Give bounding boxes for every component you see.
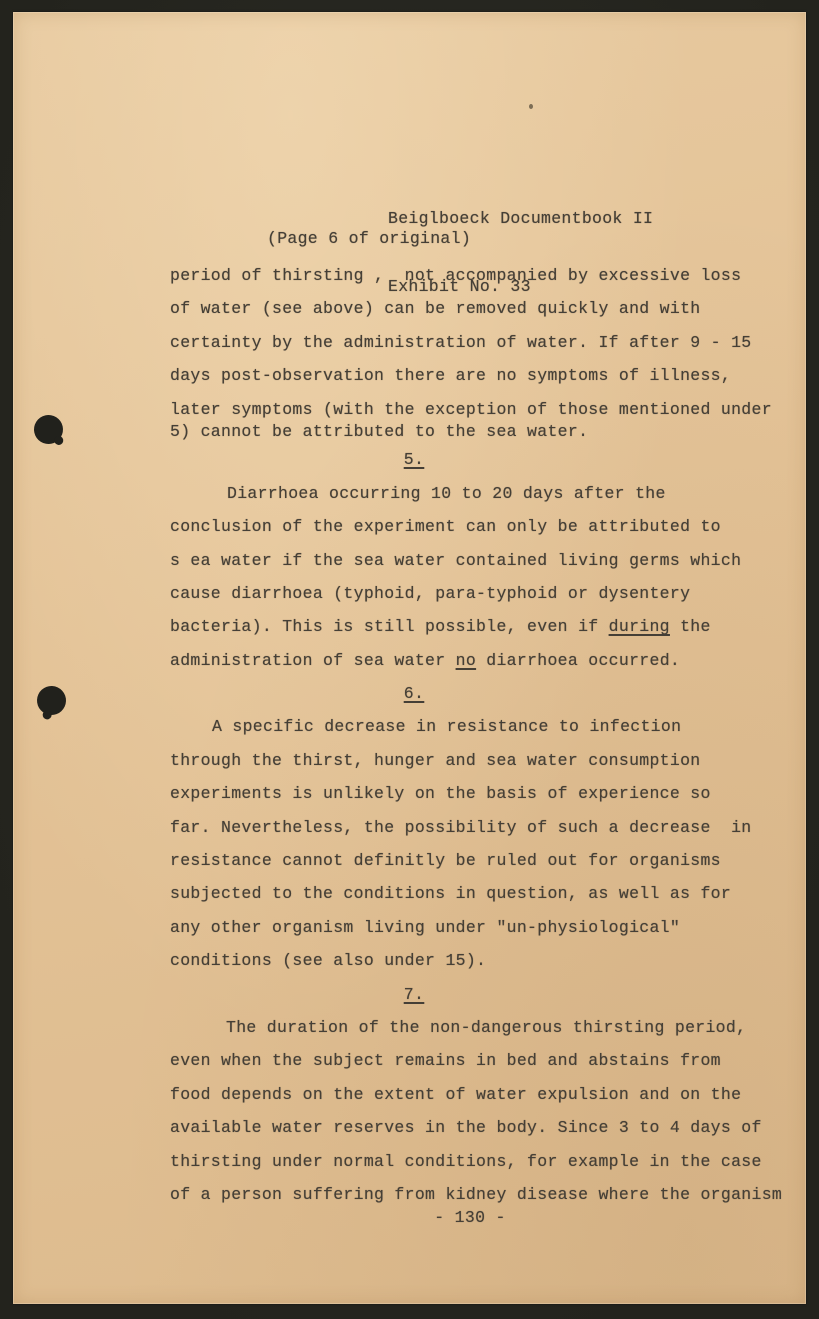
text-line: cause diarrhoea (typhoid, para-typhoid o…: [170, 577, 770, 610]
text-segment: even when the subject remains in bed and…: [170, 1051, 721, 1070]
text-line: conditions (see also under 15).: [170, 944, 770, 977]
text-segment: through the thirst, hunger and sea water…: [170, 751, 700, 770]
underlined-text: 6.: [404, 684, 424, 703]
text-line: administration of sea water no diarrhoea…: [170, 644, 770, 677]
text-line: A specific decrease in resistance to inf…: [170, 710, 770, 743]
text-segment: 5) cannot be attributed to the sea water…: [170, 422, 588, 441]
text-line: resistance cannot definitly be ruled out…: [170, 844, 770, 877]
text-line: days post-observation there are no sympt…: [170, 359, 770, 392]
text-line: any other organism living under "un-phys…: [170, 911, 770, 944]
text-line: Diarrhoea occurring 10 to 20 days after …: [170, 477, 770, 510]
document-page: Beiglboeck Documentbook II Exhibit No. 3…: [13, 12, 806, 1304]
scan-background: Beiglboeck Documentbook II Exhibit No. 3…: [0, 0, 819, 1319]
text-line: experiments is unlikely on the basis of …: [170, 777, 770, 810]
text-line: subjected to the conditions in question,…: [170, 877, 770, 910]
text-segment: certainty by the administration of water…: [170, 333, 752, 352]
text-segment: resistance cannot definitly be ruled out…: [170, 851, 721, 870]
text-segment: diarrhoea occurred.: [476, 651, 680, 670]
text-line: conclusion of the experiment can only be…: [170, 510, 770, 543]
text-segment: any other organism living under "un-phys…: [170, 918, 680, 937]
text-segment: subjected to the conditions in question,…: [170, 884, 731, 903]
underlined-text: 7.: [404, 985, 424, 1004]
text-segment: period of thirsting , not accompanied by…: [170, 266, 741, 285]
ink-speck: [529, 104, 533, 109]
document-title: Beiglboeck Documentbook II: [388, 208, 653, 231]
text-segment: conclusion of the experiment can only be…: [170, 517, 721, 536]
text-segment: bacteria). This is still possible, even …: [170, 617, 609, 636]
text-line: of a person suffering from kidney diseas…: [170, 1178, 770, 1211]
text-line: period of thirsting , not accompanied by…: [170, 259, 770, 292]
punch-hole-top: [32, 413, 66, 447]
text-segment: cause diarrhoea (typhoid, para-typhoid o…: [170, 584, 690, 603]
text-line: of water (see above) can be removed quic…: [170, 292, 770, 325]
document-body: period of thirsting , not accompanied by…: [170, 259, 770, 1211]
underlined-text: during: [609, 617, 670, 636]
text-segment: experiments is unlikely on the basis of …: [170, 784, 711, 803]
text-line: even when the subject remains in bed and…: [170, 1044, 770, 1077]
punch-hole-bottom: [33, 682, 70, 719]
page-note: (Page 6 of original): [267, 229, 471, 248]
underlined-text: no: [456, 651, 476, 670]
text-segment: available water reserves in the body. Si…: [170, 1118, 762, 1137]
text-line: bacteria). This is still possible, even …: [170, 610, 770, 643]
text-segment: Diarrhoea occurring 10 to 20 days after …: [227, 484, 666, 503]
text-segment: food depends on the extent of water expu…: [170, 1085, 741, 1104]
text-segment: administration of sea water: [170, 651, 456, 670]
text-line: available water reserves in the body. Si…: [170, 1111, 770, 1144]
text-segment: A specific decrease in resistance to inf…: [212, 717, 681, 736]
section-heading-5: 5.: [114, 443, 714, 476]
text-segment: thirsting under normal conditions, for e…: [170, 1152, 762, 1171]
text-line: far. Nevertheless, the possibility of su…: [170, 811, 770, 844]
text-segment: the: [670, 617, 711, 636]
text-segment: s ea water if the sea water contained li…: [170, 551, 741, 570]
text-segment: conditions (see also under 15).: [170, 951, 486, 970]
text-segment: days post-observation there are no sympt…: [170, 366, 731, 385]
text-segment: The duration of the non-dangerous thirst…: [226, 1018, 746, 1037]
text-segment: of water (see above) can be removed quic…: [170, 299, 700, 318]
text-line: s ea water if the sea water contained li…: [170, 544, 770, 577]
text-line: thirsting under normal conditions, for e…: [170, 1145, 770, 1178]
text-segment: of a person suffering from kidney diseas…: [170, 1185, 782, 1204]
text-segment: far. Nevertheless, the possibility of su…: [170, 818, 752, 837]
text-line: through the thirst, hunger and sea water…: [170, 744, 770, 777]
page-number: - 130 -: [170, 1208, 770, 1227]
text-line: certainty by the administration of water…: [170, 326, 770, 359]
text-line: The duration of the non-dangerous thirst…: [170, 1011, 770, 1044]
underlined-text: 5.: [404, 450, 424, 469]
section-heading-7: 7.: [114, 978, 714, 1011]
section-heading-6: 6.: [114, 677, 714, 710]
text-line: food depends on the extent of water expu…: [170, 1078, 770, 1111]
